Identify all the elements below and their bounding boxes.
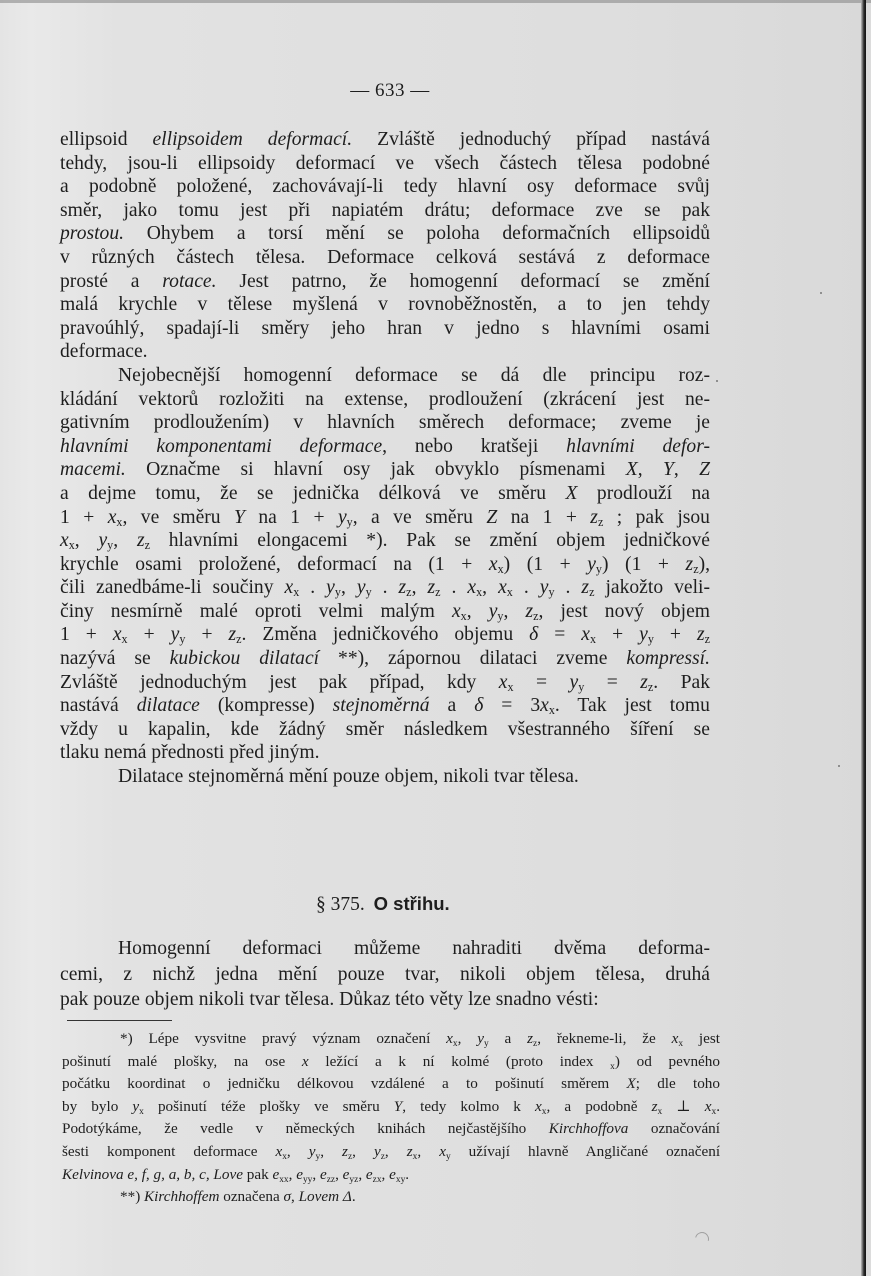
scanned-book-page: — 633 — ellipsoid ellipsoidem deformací.… (0, 0, 866, 1276)
section-number: § 375. (316, 894, 365, 915)
text-line: cemi, z nichž jedna mění pouze tvar, nik… (60, 962, 710, 988)
text-line: prosté a rotace. Jest patrno, že homogen… (60, 270, 710, 294)
text-line: hlavními komponentami deformace, nebo kr… (60, 435, 710, 459)
text-line: směr, jako tomu jest při napiatém drátu;… (60, 199, 710, 223)
text-line: pak pouze objem nikoli tvar tělesa. Důka… (60, 987, 710, 1013)
text-line: Podotýkáme, že vedle v německých knihách… (62, 1118, 720, 1141)
text-line: malá krychle v tělese myšlená v rovnoběž… (60, 293, 710, 317)
text-line: v různých částech tělesa. Deformace celk… (60, 246, 710, 270)
page-top-edge (0, 0, 871, 3)
text-line: čili zanedbáme-li součiny xx . yy, yy . … (60, 576, 710, 600)
footnote-separator (67, 1020, 172, 1021)
text-line: Kelvinova e, f, g, a, b, c, Love pak exx… (62, 1164, 720, 1187)
text-line: nastává dilatace (kompresse) stejnoměrná… (60, 694, 710, 718)
page-number: — 633 — (0, 80, 780, 102)
page-binding-shadow (861, 0, 866, 1276)
section-text: Homogenní deformaci můžeme nahraditi dvě… (60, 936, 710, 1013)
text-line: deformace. (60, 340, 710, 364)
text-line: pravoúhlý, spadají-li směry jeho hran v … (60, 317, 710, 341)
main-text: ellipsoid ellipsoidem deformací. Zvláště… (60, 128, 710, 789)
text-line: 1 + xx, ve směru Y na 1 + yy, a ve směru… (60, 506, 710, 530)
text-line: šesti komponent deformace xx, yy, zz, yz… (62, 1141, 720, 1164)
text-line: macemi. Označme si hlavní osy jak obvykl… (60, 458, 710, 482)
text-line: Zvláště jednoduchým jest pak případ, kdy… (60, 671, 710, 695)
text-line: nazývá se kubickou dilatací **), záporno… (60, 647, 710, 671)
text-line: vždy u kapalin, kde žádný směr následkem… (60, 718, 710, 742)
scan-speck (838, 765, 840, 767)
text-line: **) Kirchhoffem označena σ, Lovem Δ. (62, 1186, 720, 1209)
text-line: počátku koordinat o jedničku délkovou vz… (62, 1073, 720, 1096)
text-line: tehdy, jsou-li ellipsoidy deformací ve v… (60, 152, 710, 176)
paragraph-shear-intro: Homogenní deformaci můžeme nahraditi dvě… (60, 936, 710, 1013)
text-line: Dilatace stejnoměrná mění pouze objem, n… (60, 765, 710, 789)
text-line: by bylo yx pošinutí téže plošky ve směru… (62, 1096, 720, 1119)
text-line: kládání vektorů rozložiti na extense, pr… (60, 388, 710, 412)
text-line: *) Lépe vysvitne pravý význam označení x… (62, 1028, 720, 1051)
scan-artifact-mark (692, 1229, 711, 1248)
footnote-text: *) Lépe vysvitne pravý význam označení x… (62, 1028, 720, 1209)
scan-speck (820, 292, 822, 294)
text-line: Homogenní deformaci můžeme nahraditi dvě… (60, 936, 710, 962)
text-line: ellipsoid ellipsoidem deformací. Zvláště… (60, 128, 710, 152)
section-title: O střihu. (374, 893, 450, 914)
text-line: gativním prodloužením) v hlavních směrec… (60, 411, 710, 435)
text-line: 1 + xx + yy + zz. Změna jedničkového obj… (60, 623, 710, 647)
text-line: prostou. Ohybem a torsí mění se poloha d… (60, 222, 710, 246)
text-line: a podobně položené, zachovávají-li tedy … (60, 175, 710, 199)
text-line: Nejobecnější homogenní deformace se dá d… (60, 364, 710, 388)
paragraph-principal-components: Nejobecnější homogenní deformace se dá d… (60, 364, 710, 765)
paragraph-ellipsoid: ellipsoid ellipsoidem deformací. Zvláště… (60, 128, 710, 364)
text-line: činy nesmírně malé oproti velmi malým xx… (60, 600, 710, 624)
footnotes: *) Lépe vysvitne pravý význam označení x… (62, 1028, 720, 1209)
text-line: pošinutí malé plošky, na ose x ležící a … (62, 1051, 720, 1074)
text-line: krychle osami proložené, deformací na (1… (60, 553, 710, 577)
scan-speck (716, 380, 718, 382)
text-line: xx, yy, zz hlavními elongacemi *). Pak s… (60, 529, 710, 553)
text-line: a dejme tomu, že se jednička délková ve … (60, 482, 710, 506)
section-heading: § 375. O střihu. (316, 893, 450, 916)
paragraph-uniform-dilatation: Dilatace stejnoměrná mění pouze objem, n… (60, 765, 710, 789)
text-line: tlaku nemá přednosti před jiným. (60, 741, 710, 765)
